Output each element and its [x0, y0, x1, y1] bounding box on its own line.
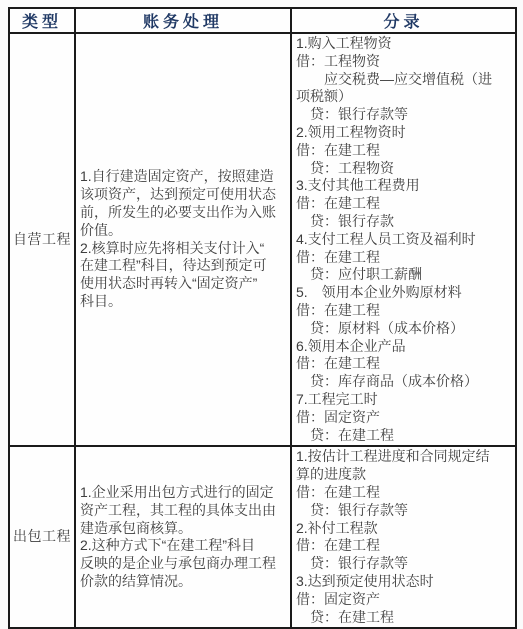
treatment-lines: 1.企业采用出包方式进行的固定 资产工程，其工程的具体支出由 建造承包商核算。 … — [80, 484, 288, 591]
page: 类型 账务处理 分录 自营工程 1.自行建造固定资产，按照建造 该项资产，达到预… — [0, 0, 523, 629]
treatment-lines: 1.自行建造固定资产，按照建造 该项资产，达到预定可使用状态 前，所发生的必要支… — [80, 168, 288, 310]
entry-lines: 1.按估计工程进度和合同规定结 算的进度款 借：在建工程 贷：银行存款等 2.补… — [296, 448, 513, 626]
entries-text: 1.按估计工程进度和合同规定结 算的进度款 借：在建工程 贷：银行存款等 2.补… — [291, 446, 516, 628]
header-treatment: 账务处理 — [75, 8, 291, 33]
entries-text: 1.购入工程物资 借：工程物资 应交税费—应交增值税（进 项税额） 贷：银行存款… — [291, 33, 516, 446]
treatment-text: 1.自行建造固定资产，按照建造 该项资产，达到预定可使用状态 前，所发生的必要支… — [75, 33, 291, 446]
accounting-table: 类型 账务处理 分录 自营工程 1.自行建造固定资产，按照建造 该项资产，达到预… — [8, 7, 517, 629]
type-label: 自营工程 — [9, 33, 75, 446]
treatment-text: 1.企业采用出包方式进行的固定 资产工程，其工程的具体支出由 建造承包商核算。 … — [75, 446, 291, 628]
header-type: 类型 — [9, 8, 75, 33]
entry-lines: 1.购入工程物资 借：工程物资 应交税费—应交增值税（进 项税额） 贷：银行存款… — [296, 35, 513, 444]
table-row-outsourced: 出包工程 1.企业采用出包方式进行的固定 资产工程，其工程的具体支出由 建造承包… — [9, 446, 516, 628]
header-row: 类型 账务处理 分录 — [9, 8, 516, 33]
header-entries: 分录 — [291, 8, 516, 33]
type-label: 出包工程 — [9, 446, 75, 628]
table-row-self-operated: 自营工程 1.自行建造固定资产，按照建造 该项资产，达到预定可使用状态 前，所发… — [9, 33, 516, 446]
